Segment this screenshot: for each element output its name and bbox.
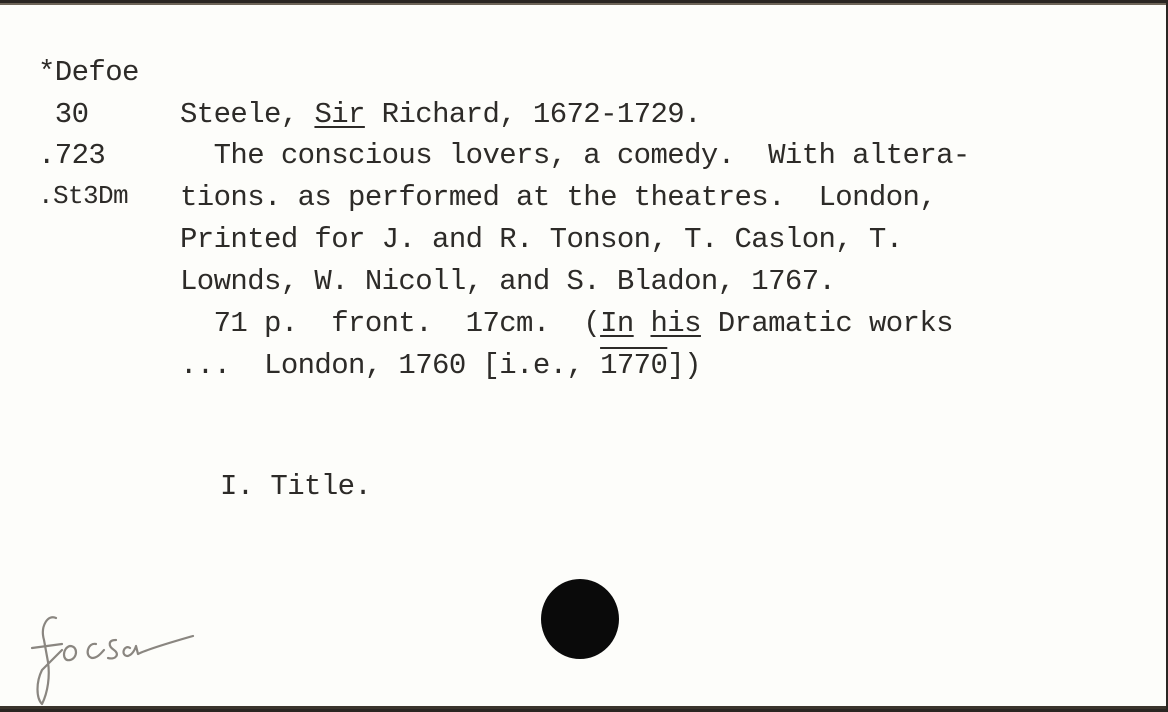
imprint-line-2: Lownds, W. Nicoll, and S. Bladon, 1767. — [180, 267, 835, 296]
collation-line-1: 71 p. front. 17cm. (In his Dramatic work… — [180, 309, 953, 338]
handwritten-note — [18, 610, 208, 710]
punch-hole — [541, 579, 619, 659]
author-title: Sir — [314, 98, 364, 131]
author-name-pre: Steele, — [180, 98, 314, 131]
collation-line2-post: ]) — [667, 349, 701, 382]
imprint-line-1: Printed for J. and R. Tonson, T. Caslon,… — [180, 225, 903, 254]
call-number-line-1: *Defoe — [38, 58, 139, 87]
collation-line-2: ... London, 1760 [i.e., 1770]) — [180, 351, 701, 380]
catalog-card: *Defoe 30 .723 .St3Dm Steele, Sir Richar… — [0, 3, 1166, 709]
collation-his: his — [651, 307, 701, 340]
collation-in: In — [600, 307, 634, 340]
author-name-post: Richard, 1672-1729. — [365, 98, 701, 131]
call-number-line-3: .723 — [38, 141, 105, 170]
collation-pre: 71 p. front. 17cm. ( — [180, 307, 600, 340]
call-number-line-2: 30 — [38, 100, 88, 129]
collation-year: 1770 — [600, 349, 667, 382]
author-heading: Steele, Sir Richard, 1672-1729. — [180, 100, 701, 129]
title-line-2: tions. as performed at the theatres. Lon… — [180, 183, 936, 212]
tracing: I. Title. — [220, 472, 371, 501]
call-number-line-4: .St3Dm — [38, 183, 128, 209]
collation-space — [634, 307, 651, 340]
collation-line2-pre: ... London, 1760 [i.e., — [180, 349, 600, 382]
title-line-1: The conscious lovers, a comedy. With alt… — [180, 141, 970, 170]
collation-post: Dramatic works — [701, 307, 953, 340]
